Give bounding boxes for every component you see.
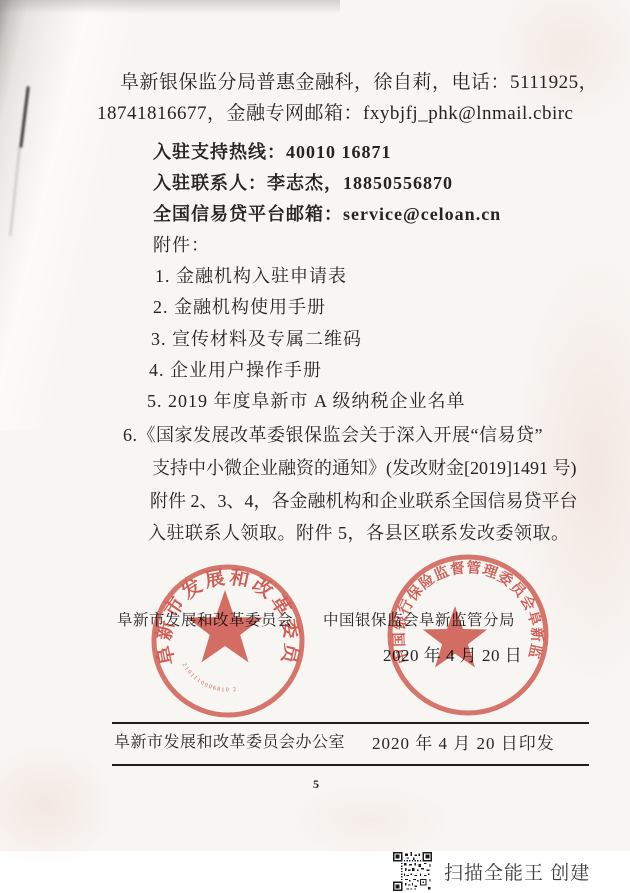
attachment-item-6-line-2: 支持中小微企业融资的通知》(发改财金[2019]1491 号) xyxy=(152,459,576,477)
attachment-item-2: 2. 金融机构使用手册 xyxy=(153,298,326,316)
svg-text:2101110006810 2: 2101110006810 2 xyxy=(180,662,238,693)
attachment-item-3: 3. 宣传材料及专属二维码 xyxy=(151,330,362,348)
platform-email-line: 全国信易贷平台邮箱：service@celoan.cn xyxy=(153,205,501,223)
camscanner-watermark-label: 扫描全能王 创建 xyxy=(444,858,590,885)
attachment-item-4: 4. 企业用户操作手册 xyxy=(149,361,322,379)
attachment-item-1: 1. 金融机构入驻申请表 xyxy=(155,267,347,285)
footer-rule-top xyxy=(112,722,589,724)
contact-person-line: 入驻联系人：李志杰，18850556870 xyxy=(153,174,453,192)
footer-office: 阜新市发展和改革委员会办公室 xyxy=(114,735,345,751)
hotline-line: 入驻支持热线：40010 16871 xyxy=(153,143,392,161)
attachment-item-6-line-1: 6.《国家发展改革委银保监会关于深入开展“信易贷” xyxy=(123,426,543,444)
footer-rule-bottom xyxy=(112,764,589,766)
official-seal-cbirc: 中国银行保险监督管理委员会阜新监管分局 xyxy=(385,552,553,720)
seal-code-text: 2101110006810 2 xyxy=(180,662,238,693)
attachment-item-6-line-3: 附件 2、3、4，各金融机构和企业联系全国信易贷平台 xyxy=(150,492,578,510)
star-icon xyxy=(423,606,488,668)
contact-line-2: 18741816677，金融专网邮箱：fxybjfj_phk@lnmail.cb… xyxy=(97,104,573,123)
attachments-label: 附件： xyxy=(153,236,210,254)
contact-line-1: 阜新银保监分局普惠金融科，徐自莉，电话：5111925， xyxy=(120,73,598,92)
attachment-item-5: 5. 2019 年度阜新市 A 级纳税企业名单 xyxy=(147,392,466,410)
footer-print-date: 2020 年 4 月 20 日印发 xyxy=(372,735,555,752)
attachment-item-6-line-4: 入驻联系人领取。附件 5，各县区联系发改委领取。 xyxy=(148,524,570,542)
star-icon xyxy=(187,590,263,662)
page-number: 5 xyxy=(313,777,319,792)
qr-code-icon xyxy=(393,852,432,891)
scanned-document-page: 阜新银保监分局普惠金融科，徐自莉，电话：5111925， 18741816677… xyxy=(0,0,630,893)
official-seal-ndrc: 阜新市发展和改革委员会 2101110006810 2 xyxy=(148,561,308,721)
